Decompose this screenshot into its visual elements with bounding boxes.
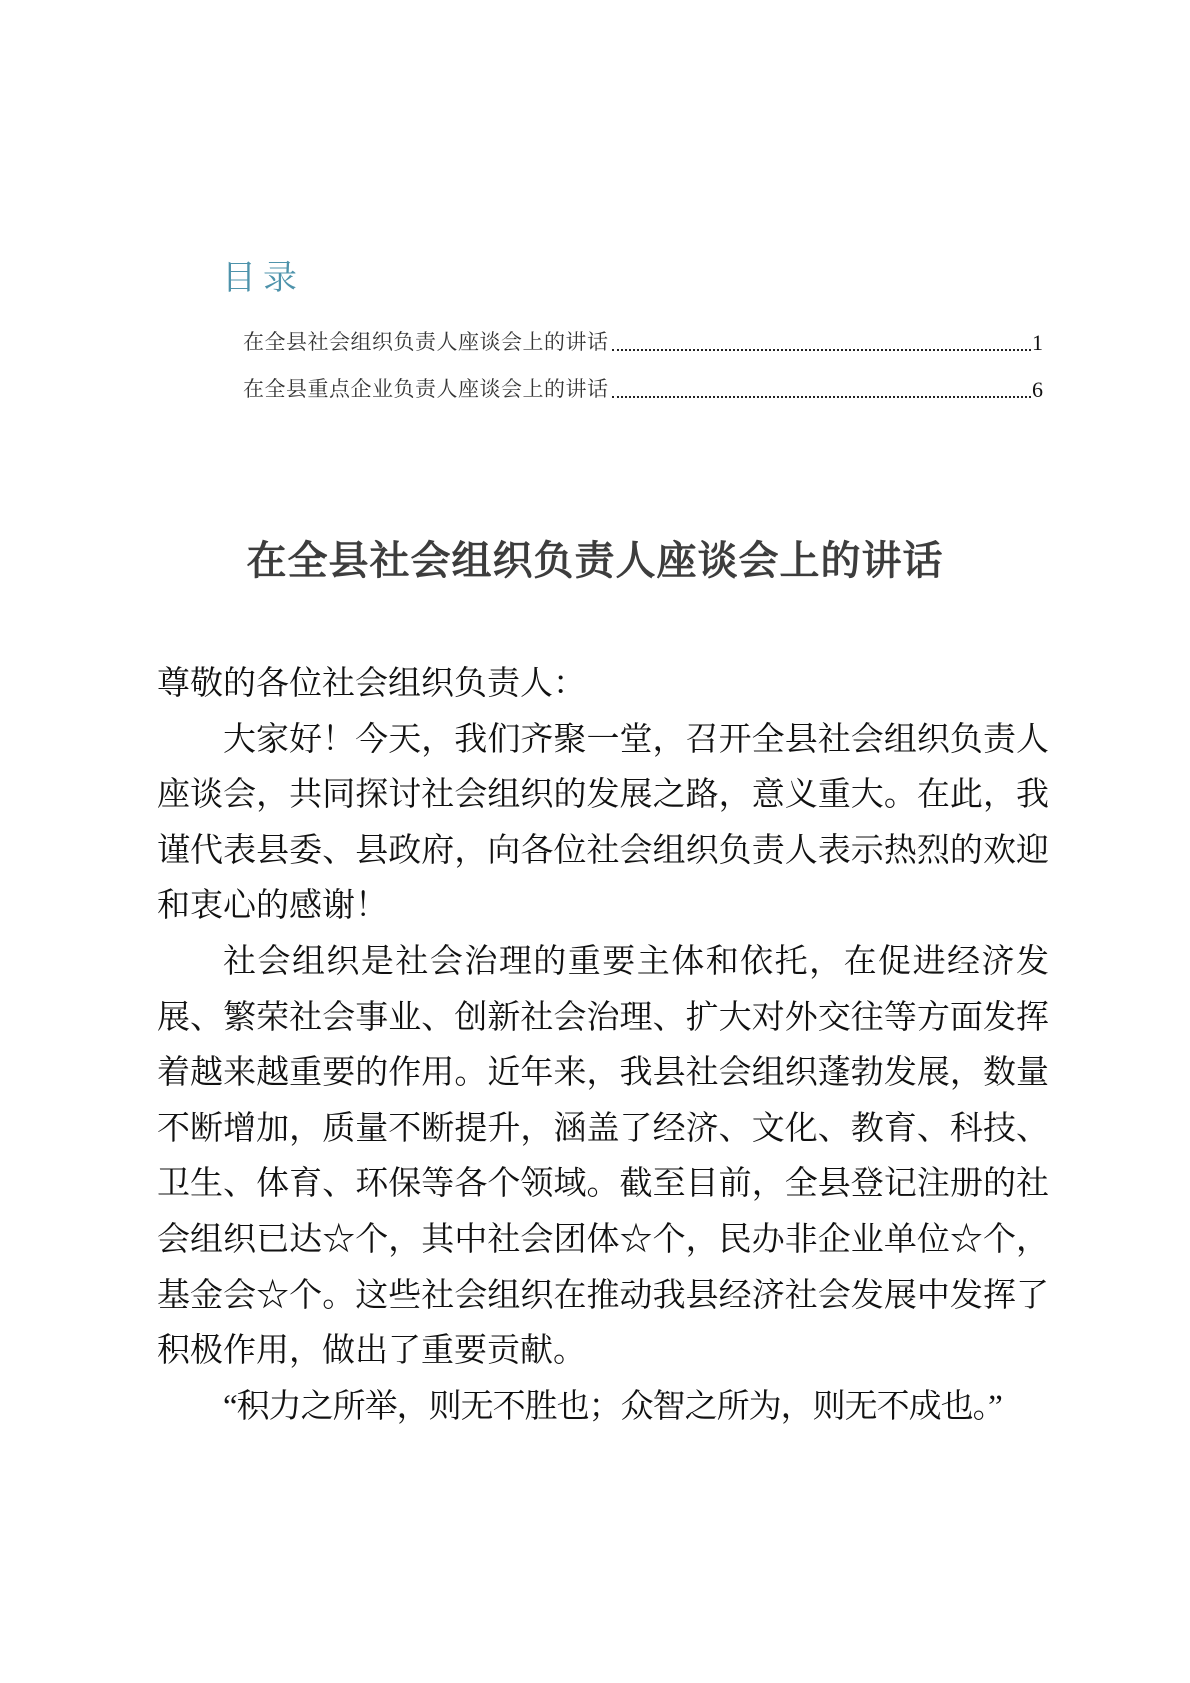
toc-dot-leader [612,349,1032,351]
toc-list: 在全县社会组织负责人座谈会上的讲话 1 在全县重点企业负责人座谈会上的讲话 6 [243,308,1043,402]
document-title: 在全县社会组织负责人座谈会上的讲话 [0,537,1190,585]
paragraph-quote: “积力之所举，则无不胜也；众智之所为，则无不成也。” [157,1380,1049,1436]
toc-entry[interactable]: 在全县社会组织负责人座谈会上的讲话 1 [243,308,1043,355]
paragraph: 大家好！今天，我们齐聚一堂，召开全县社会组织负责人座谈会，共同探讨社会组织的发展… [157,713,1049,935]
document-page: 目录 在全县社会组织负责人座谈会上的讲话 1 在全县重点企业负责人座谈会上的讲话… [0,0,1190,1683]
toc-entry[interactable]: 在全县重点企业负责人座谈会上的讲话 6 [243,355,1043,402]
toc-page-number: 1 [1032,331,1043,355]
salutation: 尊敬的各位社会组织负责人： [157,657,1049,713]
toc-page-number: 6 [1032,378,1043,402]
document-body: 尊敬的各位社会组织负责人： 大家好！今天，我们齐聚一堂，召开全县社会组织负责人座… [157,657,1049,1435]
toc-heading: 目录 [222,258,304,299]
toc-entry-label: 在全县重点企业负责人座谈会上的讲话 [243,378,609,402]
toc-entry-label: 在全县社会组织负责人座谈会上的讲话 [243,331,609,355]
toc-dot-leader [612,396,1032,398]
paragraph: 社会组织是社会治理的重要主体和依托，在促进经济发展、繁荣社会事业、创新社会治理、… [157,935,1049,1380]
